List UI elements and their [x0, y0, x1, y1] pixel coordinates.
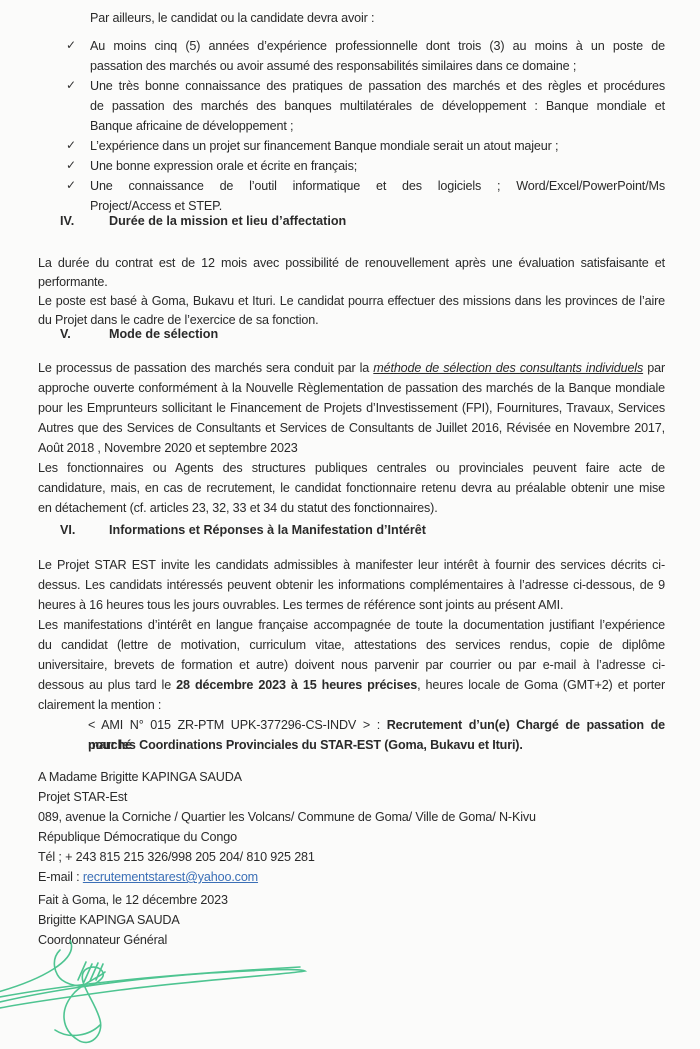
address-email-line: E-mail : recrutementstarest@yahoo.com [38, 867, 258, 887]
section-4-title: Durée de la mission et lieu d’affectatio… [109, 214, 346, 228]
section-5-line-6: Les fonctionnaires ou Agents des structu… [38, 458, 665, 478]
mention-reference: < AMI N° 015 ZR-PTM UPK-377296-CS-INDV >… [88, 718, 387, 732]
section-6-line-1: Le Projet STAR EST invite les candidats … [38, 555, 665, 575]
requirement-2-line-1: Une très bonne connaissance des pratique… [90, 76, 665, 96]
section-5-line-2: approche ouverte conformément à la Nouve… [38, 378, 665, 398]
section-6-number: VI. [60, 523, 75, 537]
address-street: 089, avenue la Corniche / Quartier les V… [38, 807, 536, 827]
handwritten-signature-icon [0, 940, 340, 1049]
section-5-title: Mode de sélection [109, 327, 218, 341]
section-6-line-5: du candidat (lettre de motivation, curri… [38, 635, 665, 655]
selection-method: méthode de sélection des consultants ind… [373, 361, 643, 375]
section-4-line-2: performante. [38, 272, 108, 292]
requirements-intro: Par ailleurs, le candidat ou la candidat… [90, 8, 374, 28]
section-5-line-5: Août 2018 , Novembre 2020 et septembre 2… [38, 438, 298, 458]
section-6-title: Informations et Réponses à la Manifestat… [109, 523, 426, 537]
section-4-line-1: La durée du contrat est de 12 mois avec … [38, 253, 665, 273]
requirement-1-line-2: passation des marchés ou avoir assumé de… [90, 56, 576, 76]
check-icon: ✓ [66, 78, 76, 92]
check-icon: ✓ [66, 38, 76, 52]
section-6-line-4: Les manifestations d’intérêt en langue f… [38, 615, 665, 635]
requirement-5-line-2: Project/Access et STEP. [90, 196, 222, 216]
address-phone: Tél ; + 243 815 215 326/998 205 204/ 810… [38, 847, 315, 867]
section-6-line-8: clairement la mention : [38, 695, 161, 715]
address-org: Projet STAR-Est [38, 787, 127, 807]
deadline: 28 décembre 2023 à 15 heures précises [176, 678, 417, 692]
section-4-number: IV. [60, 214, 74, 228]
document-page: Par ailleurs, le candidat ou la candidat… [0, 0, 700, 1049]
mention-line-2: pour les Coordinations Provinciales du S… [88, 735, 523, 755]
check-icon: ✓ [66, 158, 76, 172]
section-6-line-6: universitaire, brevets de formation et a… [38, 655, 665, 675]
address-country: République Démocratique du Congo [38, 827, 237, 847]
section-5-line-1: Le processus de passation des marchés se… [38, 358, 665, 378]
requirement-4-line-1: Une bonne expression orale et écrite en … [90, 156, 357, 176]
section-6-line-3: heures à 16 heures tous les jours ouvrab… [38, 595, 563, 615]
email-link[interactable]: recrutementstarest@yahoo.com [83, 870, 258, 884]
requirement-3-line-1: L’expérience dans un projet sur financem… [90, 136, 558, 156]
section-6-line-7: dessous au plus tard le 28 décembre 2023… [38, 675, 665, 695]
requirement-2-line-3: Banque africaine de développement ; [90, 116, 293, 136]
signatory-name: Brigitte KAPINGA SAUDA [38, 910, 180, 930]
place-date: Fait à Goma, le 12 décembre 2023 [38, 890, 228, 910]
check-icon: ✓ [66, 138, 76, 152]
section-5-line-7: candidature, mais, en cas de recrutement… [38, 478, 665, 498]
requirement-5-line-1: Une connaissance de l’outil informatique… [90, 176, 665, 196]
section-5-line-3: pour les Emprunteurs sollicitant le Fina… [38, 398, 665, 418]
section-5-line-8: en détachement (cf. articles 23, 32, 33 … [38, 498, 438, 518]
section-6-line-2: dessus. Les candidats intéressés peuvent… [38, 575, 665, 595]
requirement-1-line-1: Au moins cinq (5) années d’expérience pr… [90, 36, 665, 56]
address-recipient: A Madame Brigitte KAPINGA SAUDA [38, 767, 242, 787]
section-5-line-4: Autres que des Services de Consultants e… [38, 418, 665, 438]
section-4-line-3: Le poste est basé à Goma, Bukavu et Itur… [38, 291, 665, 311]
requirement-2-line-2: de passation des marchés des banques mul… [90, 96, 665, 116]
check-icon: ✓ [66, 178, 76, 192]
section-5-number: V. [60, 327, 71, 341]
